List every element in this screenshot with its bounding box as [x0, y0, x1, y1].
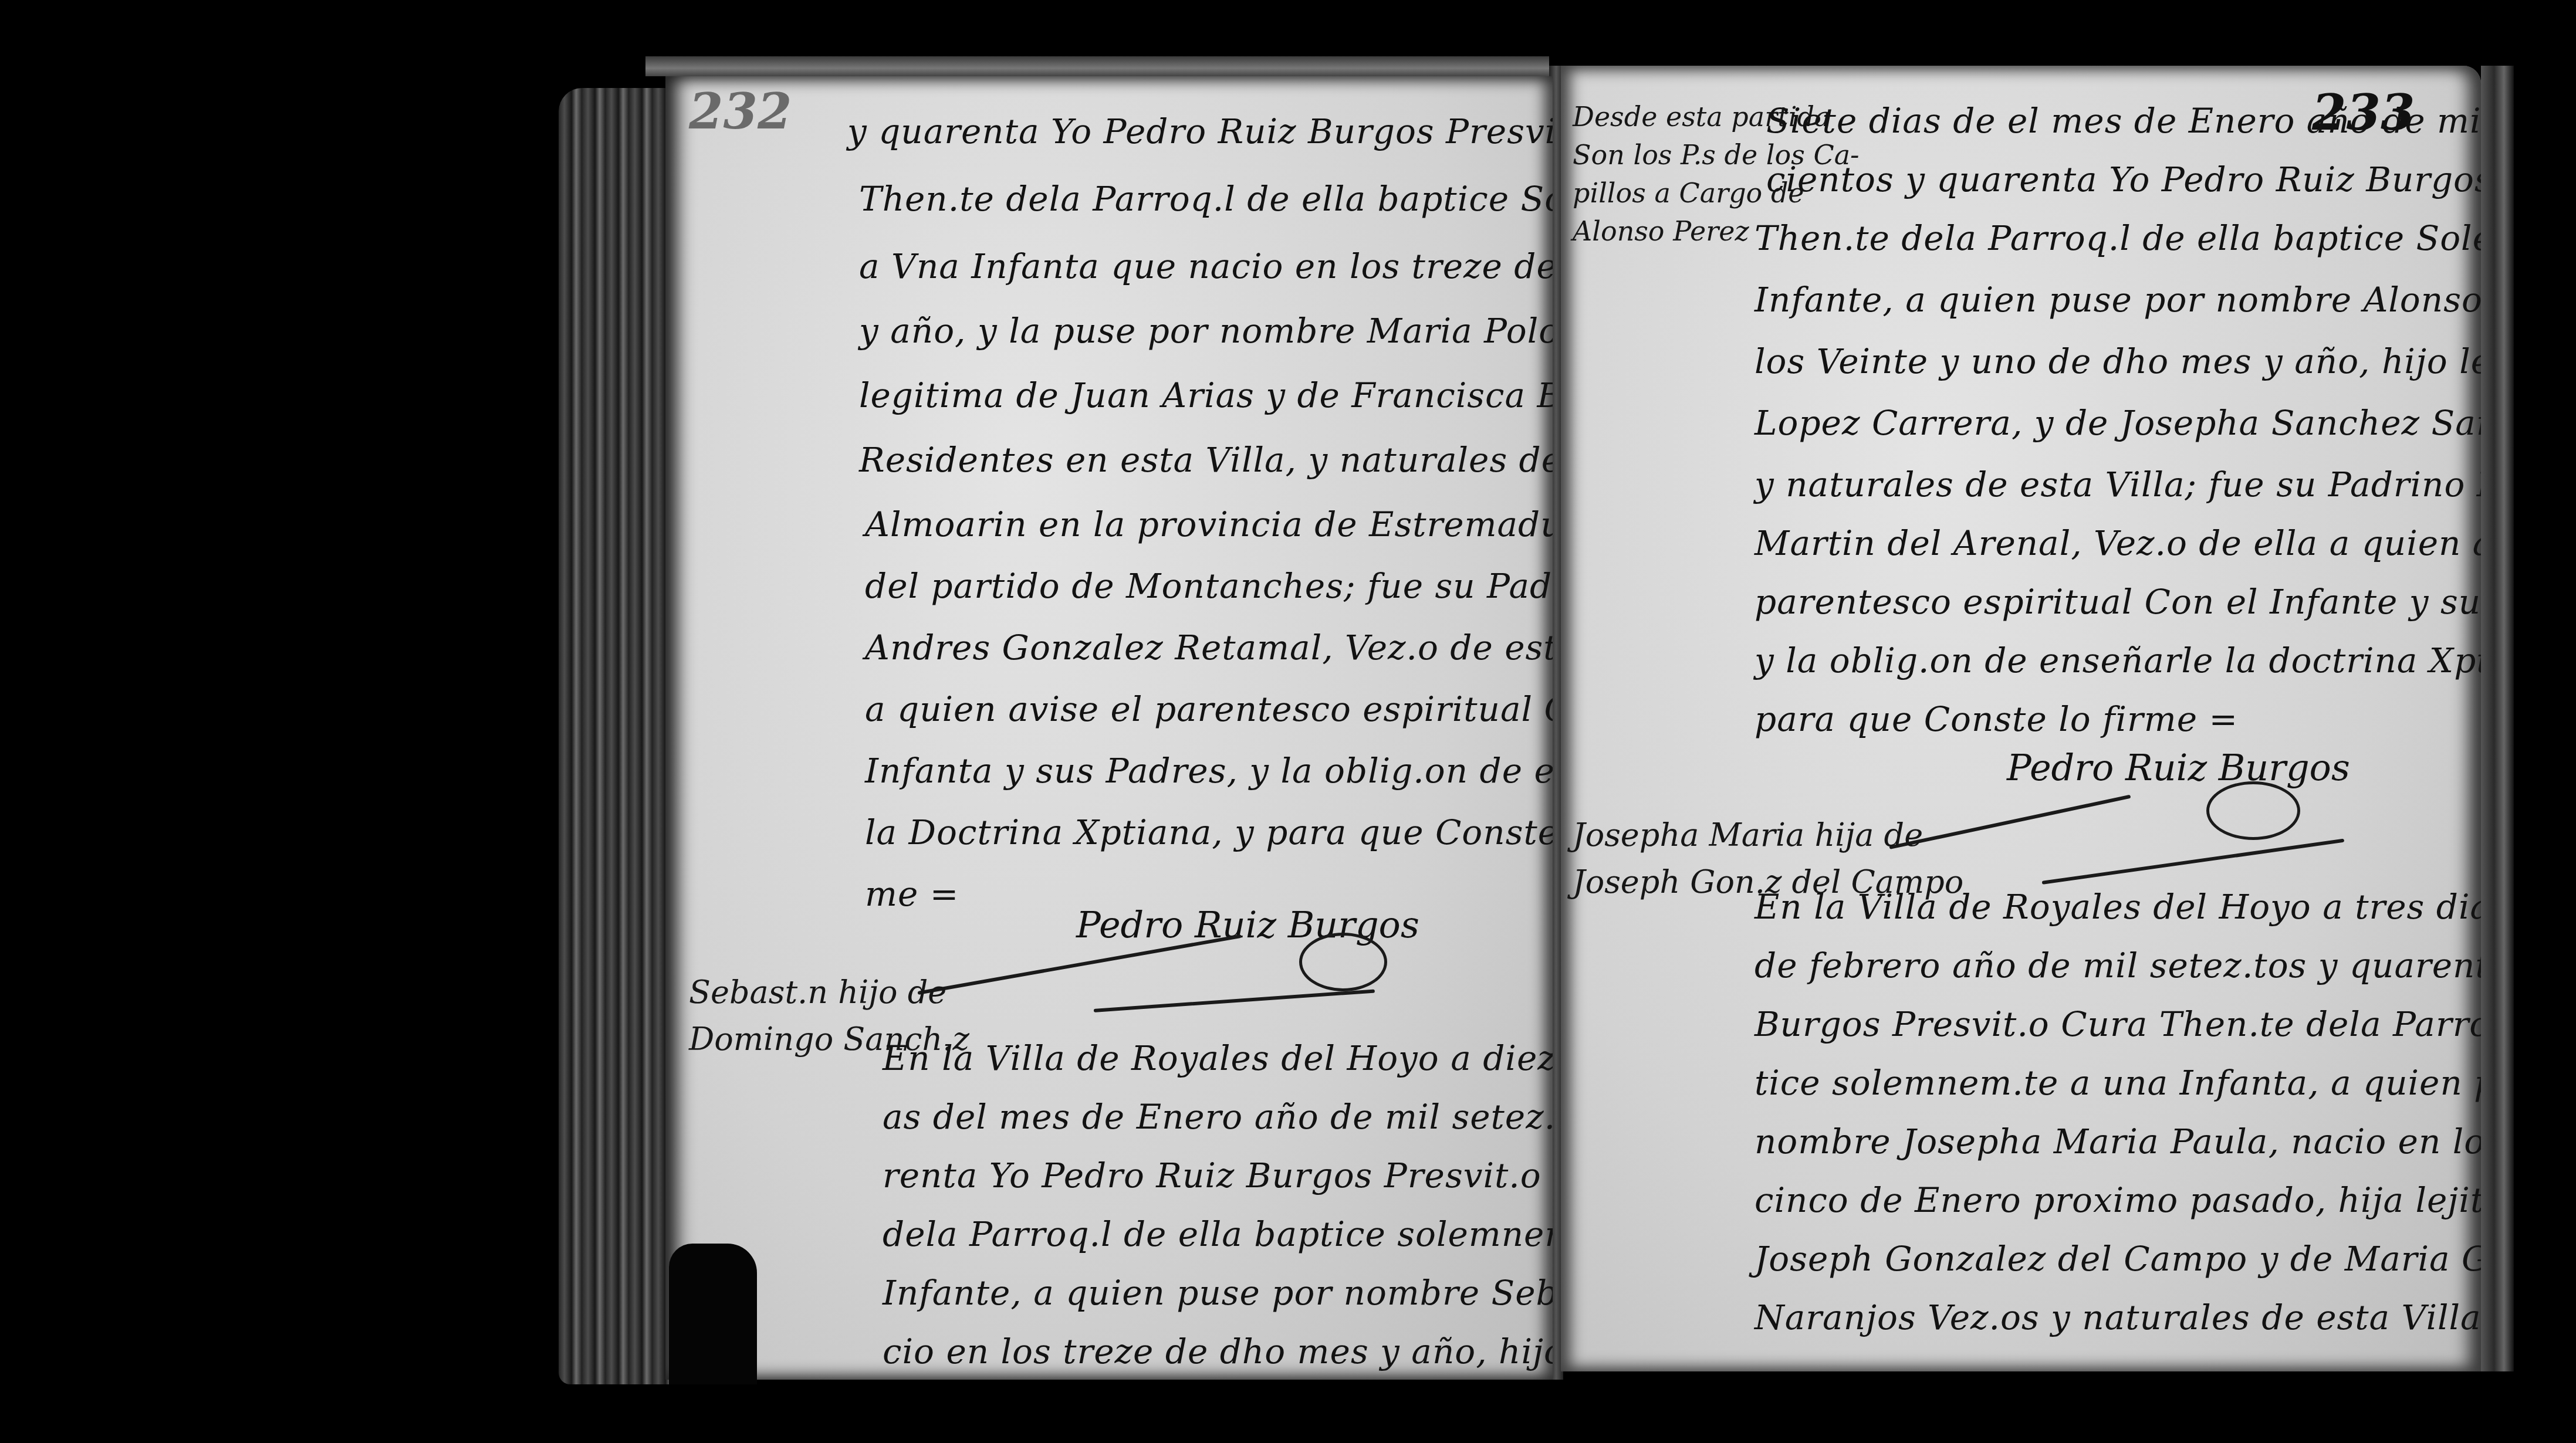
- text-line: de febrero año de mil setez.tos y quaren…: [1754, 946, 2481, 985]
- left-page-lower-text: Domingo Sanchez de Fran.co y de Ysabel M…: [665, 76, 1553, 1380]
- text-line: Then.te dela Parroq.l de ella baptice So…: [1754, 218, 2481, 258]
- margin-note: Alonso Perez: [1573, 215, 1749, 247]
- text-line: cinco de Enero proximo pasado, hija leji…: [1754, 1180, 2481, 1220]
- text-line: para que Conste lo firme =: [1754, 699, 2238, 739]
- text-line: Naranjos Vez.os y naturales de esta Vill…: [1754, 1298, 2481, 1337]
- text-line: y la oblig.on de enseñarle la doctrina X…: [1754, 641, 2481, 680]
- text-line: Burgos Presvit.o Cura Then.te dela Parro…: [1754, 1004, 2481, 1044]
- text-line: parentesco espiritual Con el Infante y s…: [1754, 582, 2481, 622]
- signature-flourish: [2042, 839, 2345, 885]
- text-line: Lopez Carrera, y de Josepha Sanchez Samu…: [1754, 403, 2481, 443]
- page-corner-shadow: [669, 1244, 757, 1384]
- text-line: Martin del Arenal, Vez.o de ella a quien…: [1754, 523, 2481, 563]
- book-right-edge: [2481, 66, 2514, 1371]
- book-page-edges: [559, 88, 674, 1384]
- text-line: Infante, a quien puse por nombre Alonso,…: [1754, 280, 2481, 320]
- margin-note: Josepha Maria hija de: [1573, 817, 1923, 853]
- text-line: y naturales de esta Villa; fue su Padrin…: [1754, 465, 2481, 504]
- signature-flourish: [1889, 795, 2131, 849]
- text-line: Joseph Gonzalez del Campo y de Maria Gon…: [1754, 1239, 2481, 1279]
- rubric-icon: [2206, 781, 2300, 840]
- text-line: nombre Josepha Maria Paula, nacio en los…: [1754, 1122, 2481, 1161]
- text-line: cientos y quarenta Yo Pedro Ruiz Burgos …: [1766, 160, 2481, 199]
- text-line: los Veinte y uno de dho mes y año, hijo …: [1754, 341, 2481, 381]
- right-page: 233 Desde esta partida Son los P.s de lo…: [1561, 66, 2481, 1371]
- book-top-edge: [645, 56, 1549, 76]
- text-line: tice solemnem.te a una Infanta, a quien …: [1754, 1063, 2481, 1103]
- text-line: En la Villa de Royales del Hoyo a tres d…: [1754, 887, 2481, 927]
- priest-signature: Pedro Ruiz Burgos: [2007, 746, 2350, 789]
- text-line: Siete dias de el mes de Enero año de mil…: [1766, 101, 2481, 141]
